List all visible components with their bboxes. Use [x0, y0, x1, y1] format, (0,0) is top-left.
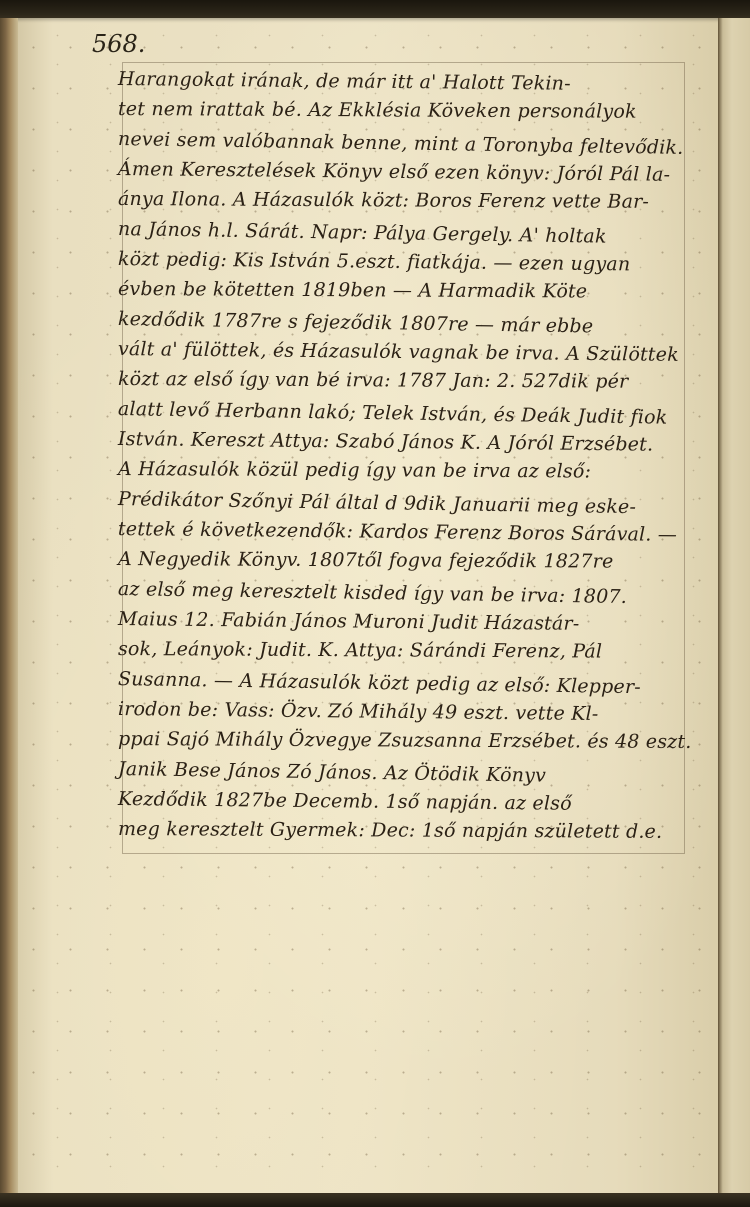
- scanned-page: 568. Harangokat irának, de már itt a' Ha…: [0, 0, 750, 1207]
- next-page-edge: [718, 18, 750, 1195]
- top-binding: [0, 0, 750, 20]
- bottom-binding: [0, 1193, 750, 1207]
- manuscript-line: tet nem irattak bé. Az Ekklésia Köveken …: [118, 94, 718, 127]
- manuscript-line: közt az első így van bé irva: 1787 Jan: …: [118, 364, 718, 397]
- manuscript-line: évben be kötetten 1819ben — A Harmadik K…: [118, 274, 718, 307]
- page-number: 568.: [92, 30, 145, 58]
- manuscript-line: meg keresztelt Gyermek: Dec: 1ső napján …: [118, 814, 718, 847]
- manuscript-line: A Negyedik Könyv. 1807től fogva fejeződi…: [118, 544, 718, 577]
- manuscript-line: A Házasulók közül pedig így van be irva …: [118, 454, 718, 487]
- manuscript-line: sok, Leányok: Judit. K. Attya: Sárándi F…: [118, 634, 718, 667]
- manuscript-line: ppai Sajó Mihály Özvegye Zsuzsanna Erzsé…: [118, 724, 718, 757]
- manuscript-line: ánya Ilona. A Házasulók közt: Boros Fere…: [118, 184, 718, 217]
- spine-edge: [0, 18, 18, 1195]
- handwritten-text: Harangokat irának, de már itt a' Halott …: [118, 64, 718, 844]
